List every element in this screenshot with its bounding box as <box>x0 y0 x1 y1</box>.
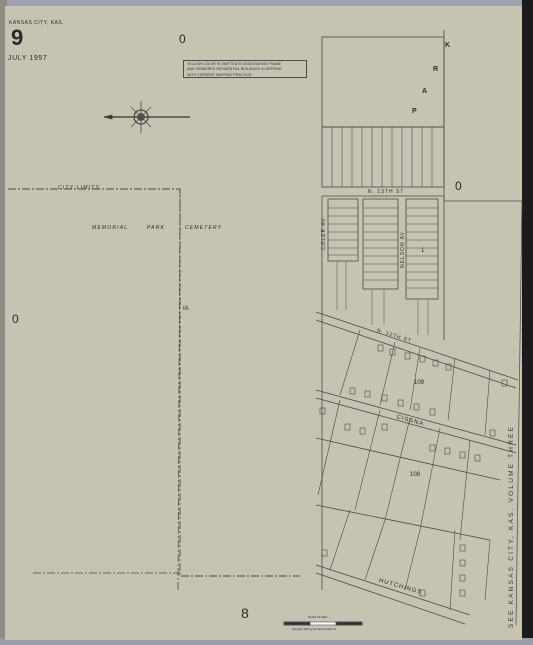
street-n13th: N. 13TH ST <box>368 189 404 195</box>
map-linework <box>0 0 533 645</box>
see-volume-note: SEE KANSAS CITY, KAS. VOLUME THREE <box>508 425 515 628</box>
park-letter-p: P <box>412 108 417 115</box>
block-109: 109 <box>414 380 424 386</box>
block-1: 1 <box>421 248 424 254</box>
street-nelson-av: NELSON AV <box>400 231 406 268</box>
city-limits-label: CITY LIMITS <box>58 185 100 191</box>
street-coler-av: COLER AV <box>321 217 327 250</box>
block-108: 108 <box>410 472 420 478</box>
cemetery-label-cemetery: CEMETERY <box>185 225 222 231</box>
copyright-caption: Copyright 1957 by the Sanborn Map Co. <box>292 628 337 631</box>
scale-caption: SCALE OF FEET <box>308 616 327 619</box>
block-1a-label: IA <box>183 306 189 312</box>
park-letter-a: A <box>422 88 427 95</box>
cemetery-label-park: PARK <box>147 225 165 231</box>
cemetery-label-memorial: MEMORIAL <box>92 225 128 231</box>
park-letter-r: R <box>433 66 438 73</box>
north-arrow-icon <box>104 101 190 133</box>
park-letter-k: K <box>445 42 450 49</box>
